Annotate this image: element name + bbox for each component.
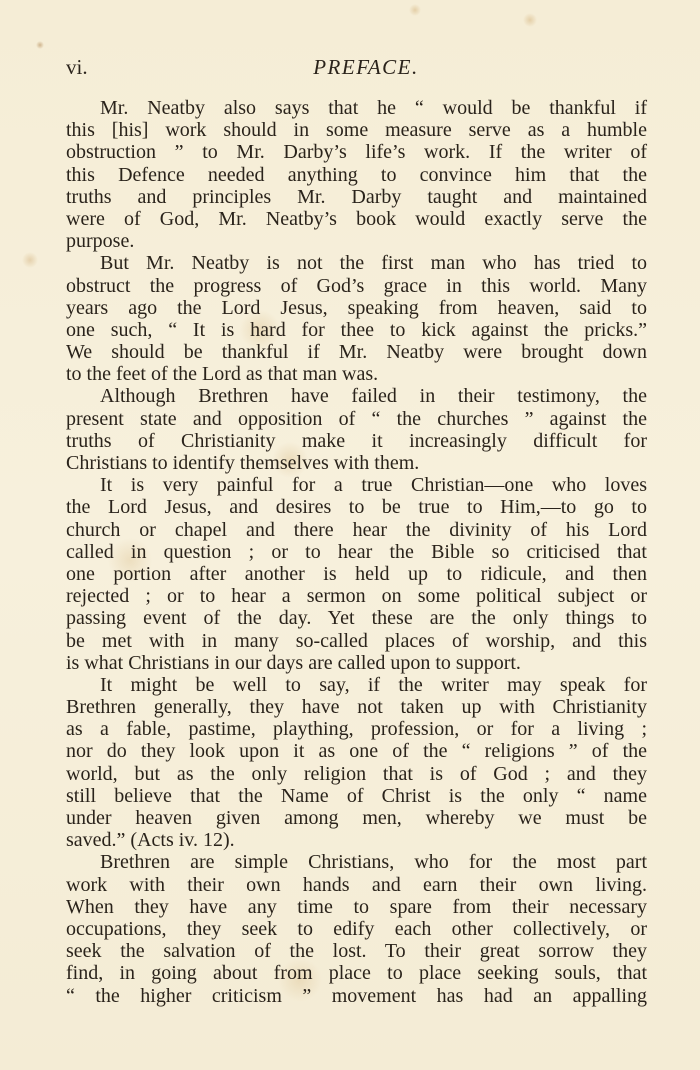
text-line: Brethren generally, they have not taken … [66,696,647,718]
text-line: occupations, they seek to edify each oth… [66,918,647,940]
text-line: under heaven given among men, whereby we… [66,807,647,829]
text-line: world, but as the only religion that is … [66,763,647,785]
text-line: truths of Christianity make it increasin… [66,430,647,452]
text-line: saved.” (Acts iv. 12). [66,829,647,851]
text-line: present state and opposition of “ the ch… [66,408,647,430]
text-line: obstruction ” to Mr. Darby’s life’s work… [66,141,647,163]
text-line: It is very painful for a true Christian—… [66,474,647,496]
text-line: Christians to identify themselves with t… [66,452,647,474]
text-line: rejected ; or to hear a sermon on some p… [66,585,647,607]
text-line: purpose. [66,230,647,252]
text-line: the Lord Jesus, and desires to be true t… [66,496,647,518]
paragraph: It might be well to say, if the writer m… [66,674,647,852]
text-line: But Mr. Neatby is not the first man who … [66,252,647,274]
text-line: seek the salvation of the lost. To their… [66,940,647,962]
text-line: be met with in many so-called places of … [66,630,647,652]
text-line: obstruct the progress of God’s grace in … [66,275,647,297]
text-line: Mr. Neatby also says that he “ would be … [66,97,647,119]
text-line: were of God, Mr. Neatby’s book would exa… [66,208,647,230]
text-line: truths and principles Mr. Darby taught a… [66,186,647,208]
text-line: Although Brethren have failed in their t… [66,385,647,407]
paragraph: Brethren are simple Christians, who for … [66,851,647,1006]
text-line: as a fable, pastime, plaything, professi… [66,718,647,740]
text-line: years ago the Lord Jesus, speaking from … [66,297,647,319]
text-line: church or chapel and there hear the divi… [66,519,647,541]
text-line: passing event of the day. Yet these are … [66,607,647,629]
paragraph: Although Brethren have failed in their t… [66,385,647,474]
book-page: vi. PREFACE. Mr. Neatby also says that h… [0,0,700,1070]
body-text: Mr. Neatby also says that he “ would be … [66,97,647,1007]
text-line: “ the higher criticism ” movement has ha… [66,985,647,1007]
text-line: It might be well to say, if the writer m… [66,674,647,696]
text-line: When they have any time to spare from th… [66,896,647,918]
text-line: one portion after another is held up to … [66,563,647,585]
text-line: this Defence needed anything to convince… [66,164,647,186]
text-line: We should be thankful if Mr. Neatby were… [66,341,647,363]
paragraph: Mr. Neatby also says that he “ would be … [66,97,647,252]
text-line: this [his] work should in some measure s… [66,119,647,141]
text-line: nor do they look upon it as one of the “… [66,740,647,762]
paragraph: It is very painful for a true Christian—… [66,474,647,674]
text-line: one such, “ It is hard for thee to kick … [66,319,647,341]
text-line: find, in going about from place to place… [66,962,647,984]
paragraph: But Mr. Neatby is not the first man who … [66,252,647,385]
text-line: Brethren are simple Christians, who for … [66,851,647,873]
running-head: PREFACE. [66,55,646,80]
text-line: is what Christians in our days are calle… [66,652,647,674]
page-header: vi. PREFACE. [66,55,646,83]
text-line: still believe that the Name of Christ is… [66,785,647,807]
text-line: work with their own hands and earn their… [66,874,647,896]
text-line: to the feet of the Lord as that man was. [66,363,647,385]
text-line: called in question ; or to hear the Bibl… [66,541,647,563]
